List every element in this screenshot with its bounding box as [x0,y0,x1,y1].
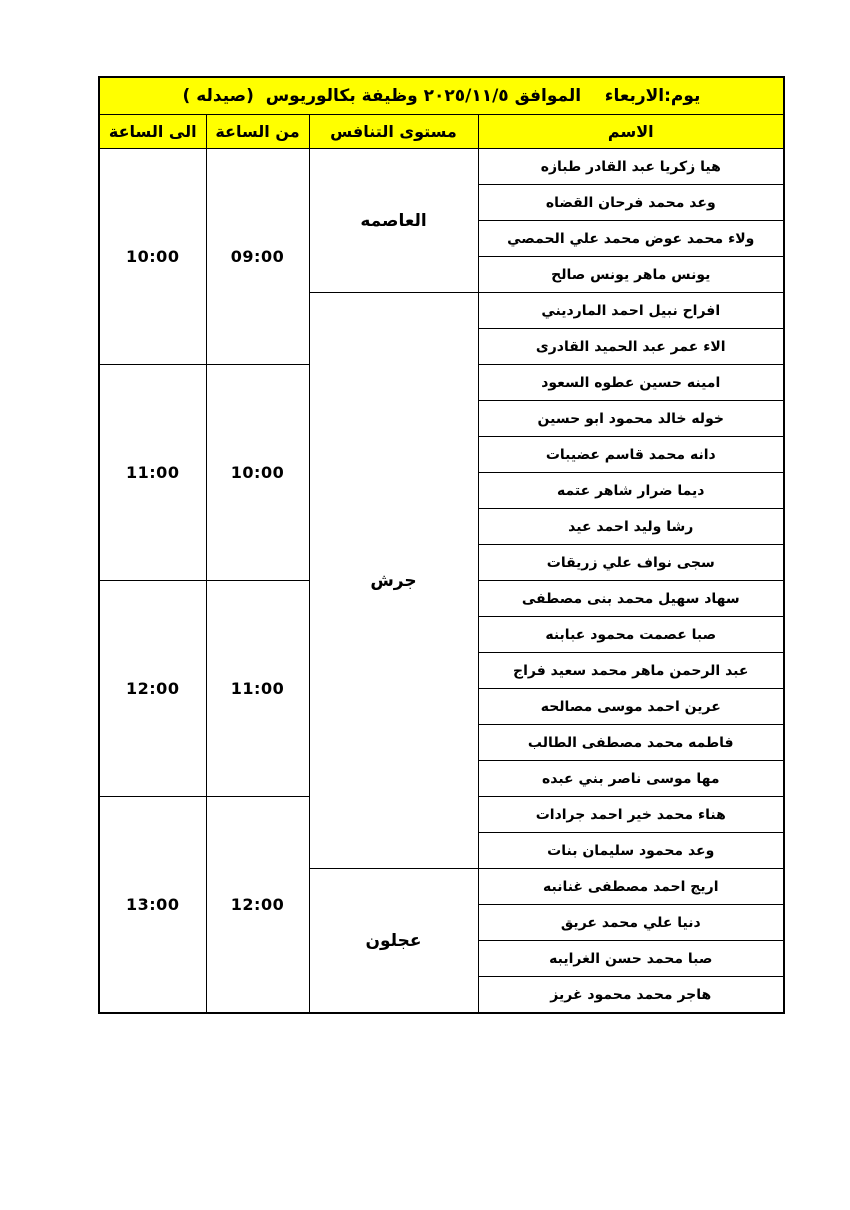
time-from-cell: 12:00 [206,797,309,1014]
candidate-name: اريج احمد مصطفى غنانبه [478,869,784,905]
region-cell: العاصمه [309,149,478,293]
region-cell: جرش [309,293,478,869]
schedule-row: هيا زكريا عبد القادر طبازهالعاصمه09:0010… [99,149,784,185]
candidate-name: هاجر محمد محمود غريز [478,977,784,1014]
candidate-name: فاطمه محمد مصطفى الطالب [478,725,784,761]
candidate-name: رشا وليد احمد عيد [478,509,784,545]
candidate-name: هناء محمد خير احمد جرادات [478,797,784,833]
title-row: يوم:الاربعاء الموافق ٢٠٢٥/١١/٥ وظيفة بكا… [99,77,784,115]
candidate-name: سجى نواف علي زريقات [478,545,784,581]
candidate-name: يونس ماهر يونس صالح [478,257,784,293]
time-to-cell: 13:00 [99,797,206,1014]
candidate-name: هيا زكريا عبد القادر طبازه [478,149,784,185]
column-header-to-hour: الى الساعة [99,115,206,149]
interview-schedule-table: يوم:الاربعاء الموافق ٢٠٢٥/١١/٥ وظيفة بكا… [98,76,785,1014]
column-header-from-hour: من الساعة [206,115,309,149]
candidate-name: افراح نبيل احمد المارديني [478,293,784,329]
candidate-name: صبا محمد حسن الغرايبه [478,941,784,977]
time-to-cell: 11:00 [99,365,206,581]
schedule-body: هيا زكريا عبد القادر طبازهالعاصمه09:0010… [99,149,784,1014]
time-to-cell: 10:00 [99,149,206,365]
candidate-name: ولاء محمد عوض محمد علي الحمصي [478,221,784,257]
candidate-name: مها موسى ناصر بني عبده [478,761,784,797]
candidate-name: عرين احمد موسى مصالحه [478,689,784,725]
candidate-name: صبا عصمت محمود عبابنه [478,617,784,653]
candidate-name: وعد محمود سليمان بنات [478,833,784,869]
column-header-name: الاسم [478,115,784,149]
column-header-competition-level: مستوى التنافس [309,115,478,149]
candidate-name: سهاد سهيل محمد بنى مصطفى [478,581,784,617]
table-title: يوم:الاربعاء الموافق ٢٠٢٥/١١/٥ وظيفة بكا… [99,77,784,115]
candidate-name: عبد الرحمن ماهر محمد سعيد فراج [478,653,784,689]
candidate-name: ديما ضرار شاهر عتمه [478,473,784,509]
candidate-name: امينه حسين عطوه السعود [478,365,784,401]
time-from-cell: 10:00 [206,365,309,581]
column-header-row: الاسم مستوى التنافس من الساعة الى الساعة [99,115,784,149]
candidate-name: دانه محمد قاسم عضيبات [478,437,784,473]
candidate-name: خوله خالد محمود ابو حسين [478,401,784,437]
time-from-cell: 11:00 [206,581,309,797]
candidate-name: الاء عمر عبد الحميد القادرى [478,329,784,365]
candidate-name: دنيا علي محمد عريق [478,905,784,941]
time-to-cell: 12:00 [99,581,206,797]
candidate-name: وعد محمد فرحان القضاه [478,185,784,221]
region-cell: عجلون [309,869,478,1014]
document-page: يوم:الاربعاء الموافق ٢٠٢٥/١١/٥ وظيفة بكا… [0,0,850,1210]
time-from-cell: 09:00 [206,149,309,365]
